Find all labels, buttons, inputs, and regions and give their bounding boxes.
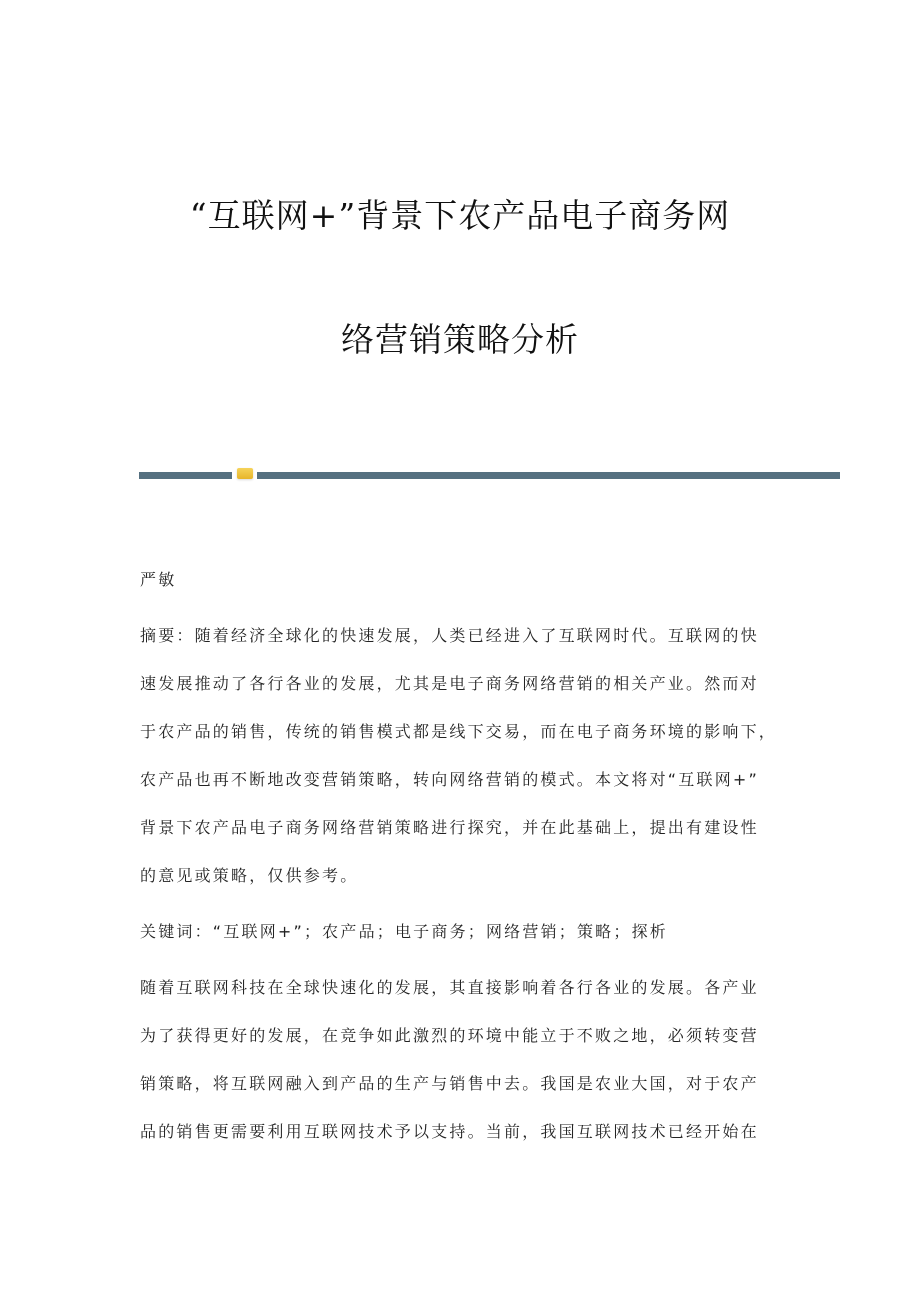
body-line: 销策略，将互联网融入到产品的生产与销售中去。我国是农业大国，对于农产	[140, 1060, 780, 1108]
keywords-line: 关键词：“互联网+”；农产品；电子商务；网络营销；策略；探析	[140, 908, 780, 956]
author-text: 严敏	[140, 556, 780, 604]
keywords-paragraph: 关键词：“互联网+”；农产品；电子商务；网络营销；策略；探析	[140, 908, 780, 956]
author-name: 严敏	[140, 556, 780, 604]
body-paragraph: 随着互联网科技在全球快速化的发展，其直接影响着各行各业的发展。各产业 为了获得更…	[140, 964, 780, 1156]
document-title-line-2: 络营销策略分析	[0, 314, 920, 361]
divider-ornament-icon	[237, 468, 253, 479]
title-divider-right	[257, 472, 840, 479]
abstract-line: 摘要：随着经济全球化的快速发展，人类已经进入了互联网时代。互联网的快	[140, 612, 780, 660]
document-title-line-1: “互联网+”背景下农产品电子商务网	[0, 190, 920, 237]
title-divider-left	[139, 472, 232, 479]
body-line: 品的销售更需要利用互联网技术予以支持。当前，我国互联网技术已经开始在	[140, 1108, 780, 1156]
abstract-line: 农产品也再不断地改变营销策略，转向网络营销的模式。本文将对“互联网+”	[140, 756, 780, 804]
abstract-line: 于农产品的销售，传统的销售模式都是线下交易，而在电子商务环境的影响下，	[140, 708, 780, 756]
body-line: 为了获得更好的发展，在竞争如此激烈的环境中能立于不败之地，必须转变营	[140, 1012, 780, 1060]
abstract-paragraph: 摘要：随着经济全球化的快速发展，人类已经进入了互联网时代。互联网的快 速发展推动…	[140, 612, 780, 900]
abstract-line: 的意见或策略，仅供参考。	[140, 852, 780, 900]
abstract-line: 背景下农产品电子商务网络营销策略进行探究，并在此基础上，提出有建设性	[140, 804, 780, 852]
body-line: 随着互联网科技在全球快速化的发展，其直接影响着各行各业的发展。各产业	[140, 964, 780, 1012]
abstract-line: 速发展推动了各行各业的发展，尤其是电子商务网络营销的相关产业。然而对	[140, 660, 780, 708]
